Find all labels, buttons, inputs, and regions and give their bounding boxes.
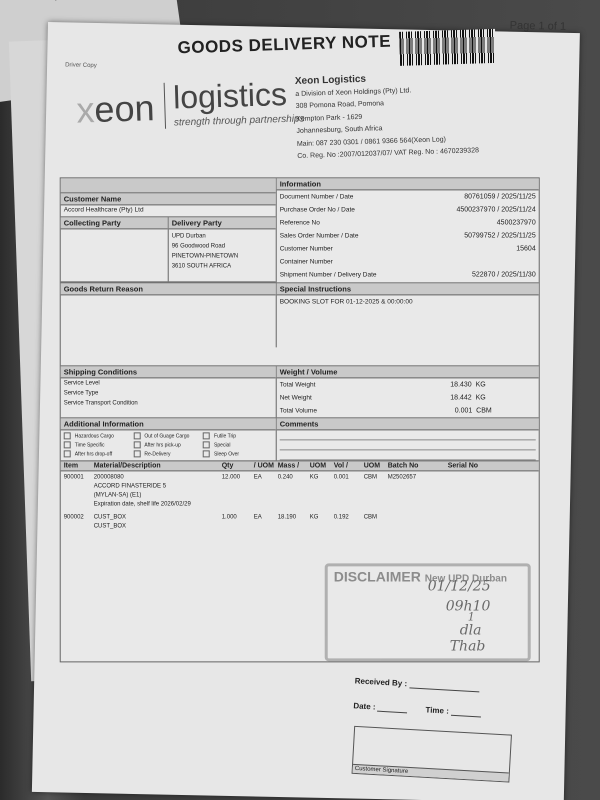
info-row: Container Number (277, 255, 539, 268)
weight-row: Total Volume0.001 CBM (277, 404, 539, 417)
stamp-title: DISCLAIMER (334, 568, 421, 584)
special-instructions-text: BOOKING SLOT FOR 01-12-2025 & 00:00:00 (277, 295, 539, 365)
receipt-stamp: DISCLAIMER New UPD Durban 01/12/25 09h10… (325, 563, 531, 661)
info-row: Customer Number15604 (277, 242, 539, 255)
additional-information-header: Additional Information (61, 418, 276, 430)
checkbox-special[interactable]: Special (203, 441, 273, 448)
delivery-line: PINETOWN-PINETOWN (172, 251, 273, 261)
page-indicator: Page 1 of 1 (510, 20, 567, 33)
customer-section: Customer Name Accord Healthcare (Pty) Lt… (61, 178, 277, 282)
customer-name-header: Customer Name (61, 193, 276, 205)
handwritten-date: 01/12/25 (428, 578, 491, 594)
barcode (399, 29, 496, 66)
goods-return-header: Goods Return Reason (61, 283, 276, 295)
customer-signature-label: Customer Signature (353, 764, 509, 782)
comments-header: Comments (277, 418, 539, 430)
checkbox-out-of-guage-cargo[interactable]: Out of Guage Cargo (133, 432, 203, 439)
customer-name: Accord Healthcare (Pty) Ltd (61, 205, 276, 217)
table-row: 900002 CUST_BOX CUST_BOX 1.000 EA 18.190… (61, 511, 539, 533)
handwritten-signature: Thab (450, 638, 486, 654)
delivery-line: 96 Goodwood Road (172, 241, 273, 251)
info-row: Document Number / Date80761059 / 2025/11… (277, 190, 539, 203)
time-field[interactable] (451, 715, 481, 718)
document-title: GOODS DELIVERY NOTE (177, 32, 391, 59)
checkbox-time-specific[interactable]: Time Specific (64, 441, 134, 448)
delivery-form: Customer Name Accord Healthcare (Pty) Lt… (60, 177, 540, 662)
received-by-field[interactable]: Received By : Date : Time : (353, 676, 483, 717)
weight-volume-header: Weight / Volume (277, 366, 539, 378)
shipping-condition: Service Transport Condition (61, 398, 276, 408)
weight-row: Net Weight18.442 KG (277, 391, 539, 404)
goods-return-section: Goods Return Reason (61, 283, 277, 347)
items-table-body: 900001 200008080 ACCORD FINASTERIDE 5 (M… (61, 471, 539, 661)
information-header: Information (277, 178, 539, 190)
handwritten-initials: dla (460, 622, 482, 638)
table-row: 900001 200008080 ACCORD FINASTERIDE 5 (M… (61, 471, 539, 511)
special-instructions-header: Special Instructions (277, 283, 539, 295)
comments-section: Comments (277, 418, 539, 460)
checkbox-after-hrs-dropoff[interactable]: After hrs drop-off (64, 450, 134, 457)
additional-information-section: Additional Information Hazardous Cargo O… (61, 418, 277, 460)
items-table-header: Item Material/Description Qty / UOM Mass… (61, 460, 539, 471)
collecting-party: Collecting Party (61, 217, 168, 281)
delivery-line: UPD Durban (172, 231, 273, 241)
information-section: Information Document Number / Date807610… (277, 178, 539, 282)
copy-label: Driver Copy (65, 62, 97, 69)
weight-volume-section: Weight / Volume Total Weight18.430 KG Ne… (277, 366, 539, 417)
background-tagline: strength through partnerships (50, 0, 173, 1)
special-instructions-section: Special Instructions BOOKING SLOT FOR 01… (277, 283, 539, 365)
info-row: Sales Order Number / Date50799752 / 2025… (277, 229, 539, 242)
shipping-condition: Service Level (61, 378, 276, 388)
time-label: Time : (425, 705, 449, 715)
shipping-conditions-section: Shipping Conditions Service Level Servic… (61, 366, 277, 417)
checkbox-re-delivery[interactable]: Re-Delivery (133, 450, 203, 457)
shipping-condition: Service Type (61, 388, 276, 398)
background-logo: eon (0, 0, 40, 13)
info-row: Shipment Number / Delivery Date522870 / … (277, 268, 539, 281)
date-field[interactable] (378, 711, 408, 714)
delivery-line: 3610 SOUTH AFRICA (172, 261, 273, 271)
logo-tagline: strength through partnerships (174, 113, 305, 128)
checkbox-after-hrs-pickup[interactable]: After hrs pick-up (133, 441, 203, 448)
date-label: Date : (353, 701, 376, 711)
checkbox-hazardous-cargo[interactable]: Hazardous Cargo (64, 432, 134, 439)
company-logo: xeon logistics strength through partners… (76, 77, 305, 131)
customer-signature-box[interactable]: Customer Signature (352, 726, 512, 783)
info-row: Purchase Order No / Date4500237970 / 202… (277, 203, 539, 216)
weight-row: Total Weight18.430 KG (277, 378, 539, 391)
delivery-party: Delivery Party UPD Durban 96 Goodwood Ro… (168, 217, 276, 281)
delivery-note-page: Page 1 of 1 GOODS DELIVERY NOTE Driver C… (32, 22, 580, 800)
checkbox-futile-trip[interactable]: Futile Trip (203, 432, 273, 439)
checkbox-sleep-over[interactable]: Sleep Over (203, 450, 273, 457)
logo-product: logistics (173, 77, 305, 113)
logo-divider (164, 83, 166, 129)
logo-brand: xeon (76, 87, 155, 131)
info-row: Reference No4500237970 (277, 216, 539, 229)
shipping-conditions-header: Shipping Conditions (61, 366, 276, 378)
company-details: Xeon Logistics a Division of Xeon Holdin… (295, 70, 479, 163)
